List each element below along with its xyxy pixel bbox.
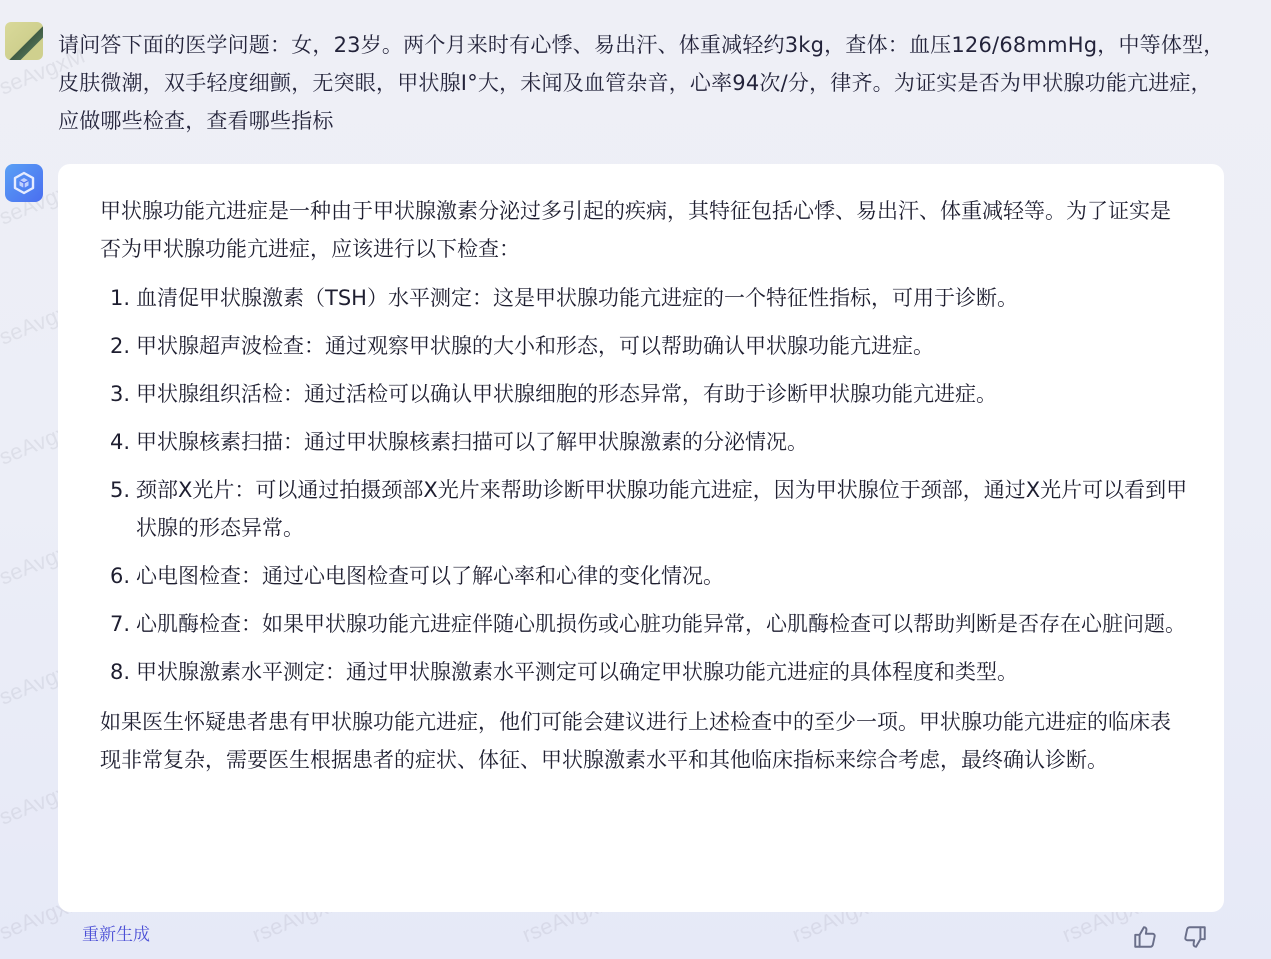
list-item: 6.心电图检查：通过心电图检查可以了解心率和心律的变化情况。	[100, 557, 1190, 595]
thumbs-down-button[interactable]	[1182, 924, 1208, 950]
answer-conclusion: 如果医生怀疑患者患有甲状腺功能亢进症，他们可能会建议进行上述检查中的至少一项。甲…	[100, 703, 1190, 779]
list-item: 7.心肌酶检查：如果甲状腺功能亢进症伴随心肌损伤或心脏功能异常，心肌酶检查可以帮…	[100, 605, 1190, 643]
list-item: 1.血清促甲状腺激素（TSH）水平测定：这是甲状腺功能亢进症的一个特征性指标，可…	[100, 279, 1190, 317]
list-item: 3.甲状腺组织活检：通过活检可以确认甲状腺细胞的形态异常，有助于诊断甲状腺功能亢…	[100, 375, 1190, 413]
list-item: 4.甲状腺核素扫描：通过甲状腺核素扫描可以了解甲状腺激素的分泌情况。	[100, 423, 1190, 461]
exam-list: 1.血清促甲状腺激素（TSH）水平测定：这是甲状腺功能亢进症的一个特征性指标，可…	[100, 279, 1190, 691]
user-message-text: 请问答下面的医学问题：女，23岁。两个月来时有心悸、易出汗、体重减轻约3kg，查…	[58, 26, 1228, 140]
thumbs-down-icon	[1182, 924, 1208, 950]
list-item: 8.甲状腺激素水平测定：通过甲状腺激素水平测定可以确定甲状腺功能亢进症的具体程度…	[100, 653, 1190, 691]
list-item: 2.甲状腺超声波检查：通过观察甲状腺的大小和形态，可以帮助确认甲状腺功能亢进症。	[100, 327, 1190, 365]
assistant-logo-icon	[12, 171, 36, 195]
list-item: 5.颈部X光片：可以通过拍摄颈部X光片来帮助诊断甲状腺功能亢进症，因为甲状腺位于…	[100, 471, 1190, 547]
user-avatar	[5, 22, 43, 60]
thumbs-up-button[interactable]	[1132, 924, 1158, 950]
regenerate-button[interactable]: 重新生成	[82, 920, 150, 945]
answer-intro: 甲状腺功能亢进症是一种由于甲状腺激素分泌过多引起的疾病，其特征包括心悸、易出汗、…	[100, 192, 1190, 268]
assistant-message-card: 甲状腺功能亢进症是一种由于甲状腺激素分泌过多引起的疾病，其特征包括心悸、易出汗、…	[58, 164, 1224, 912]
thumbs-up-icon	[1132, 924, 1158, 950]
assistant-avatar	[5, 164, 43, 202]
